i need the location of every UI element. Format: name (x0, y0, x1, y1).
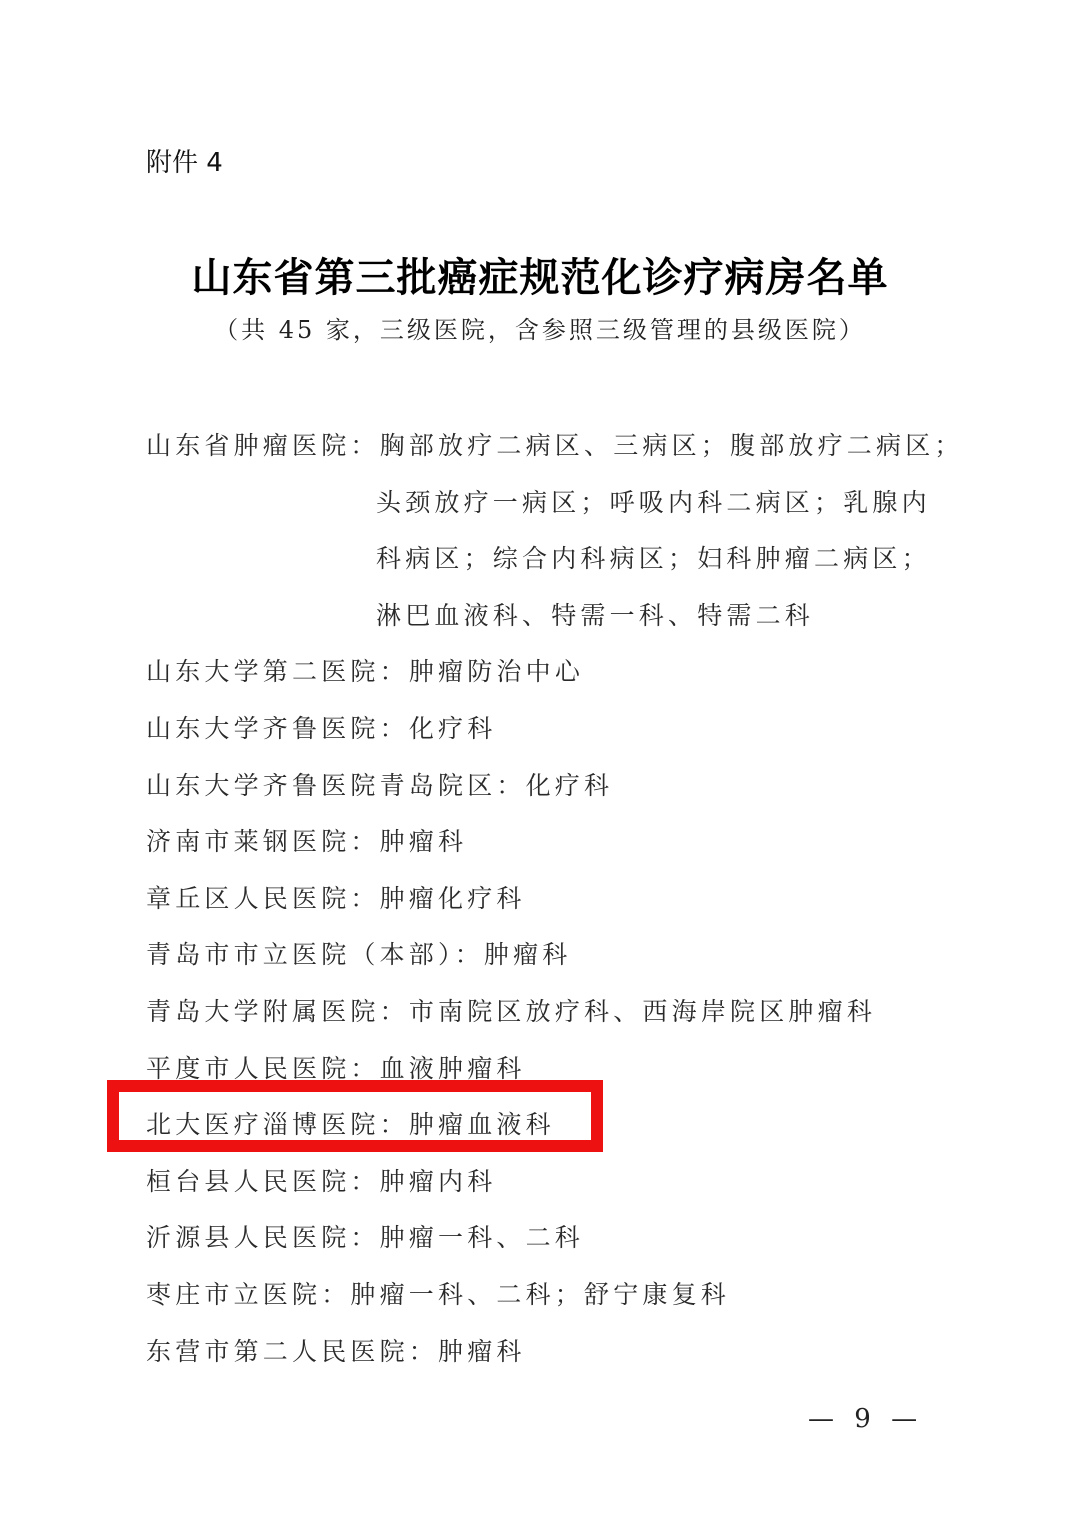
department-text: 肿瘤血液科 (409, 1110, 555, 1139)
document-title: 山东省第三批癌症规范化诊疗病房名单 (0, 246, 1080, 303)
hospital-name: 山东大学齐鲁医院青岛院区： (146, 771, 526, 800)
department-text: 淋巴血液科、特需一科、特需二科 (146, 588, 966, 645)
department-text: 肿瘤一科、二科 (380, 1223, 584, 1252)
list-item: 沂源县人民医院：肿瘤一科、二科 (146, 1210, 966, 1267)
department-text: 头颈放疗一病区；呼吸内科二病区；乳腺内 (146, 475, 966, 532)
hospital-name: 山东大学第二医院： (146, 657, 409, 686)
hospital-name: 济南市莱钢医院： (146, 827, 380, 856)
list-item: 山东省肿瘤医院：胸部放疗二病区、三病区；腹部放疗二病区； 头颈放疗一病区；呼吸内… (146, 418, 966, 644)
department-text: 肿瘤防治中心 (409, 657, 584, 686)
list-item: 青岛大学附属医院：市南院区放疗科、西海岸院区肿瘤科 (146, 984, 966, 1041)
hospital-name: 青岛大学附属医院： (146, 997, 409, 1026)
department-text: 肿瘤科 (438, 1337, 526, 1366)
hospital-name: 枣庄市立医院： (146, 1280, 350, 1309)
page-number: — 9 — (808, 1404, 923, 1434)
hospital-name: 山东省肿瘤医院： (146, 431, 380, 460)
hospital-name: 桓台县人民医院： (146, 1167, 380, 1196)
department-text: 肿瘤内科 (380, 1167, 497, 1196)
list-item: 济南市莱钢医院：肿瘤科 (146, 814, 966, 871)
list-item: 枣庄市立医院：肿瘤一科、二科；舒宁康复科 (146, 1267, 966, 1324)
department-text: 市南院区放疗科、西海岸院区肿瘤科 (409, 997, 876, 1026)
hospital-name: 北大医疗淄博医院： (146, 1110, 409, 1139)
department-text: 肿瘤化疗科 (380, 884, 526, 913)
list-item: 山东大学齐鲁医院青岛院区：化疗科 (146, 758, 966, 815)
hospital-name: 东营市第二人民医院： (146, 1337, 438, 1366)
department-text: 肿瘤科 (484, 940, 572, 969)
hospital-name: 山东大学齐鲁医院： (146, 714, 409, 743)
list-item: 平度市人民医院：血液肿瘤科 (146, 1041, 966, 1098)
list-item: 桓台县人民医院：肿瘤内科 (146, 1154, 966, 1211)
department-text: 化疗科 (526, 771, 614, 800)
hospital-name: 青岛市市立医院（本部）： (146, 940, 484, 969)
list-item: 东营市第二人民医院：肿瘤科 (146, 1324, 966, 1381)
department-text: 肿瘤科 (380, 827, 468, 856)
department-text: 科病区；综合内科病区；妇科肿瘤二病区； (146, 531, 966, 588)
attachment-label: 附件 4 (146, 142, 223, 179)
highlighted-list-item: 北大医疗淄博医院：肿瘤血液科 (146, 1097, 966, 1154)
hospital-name: 平度市人民医院： (146, 1054, 380, 1083)
department-text: 胸部放疗二病区、三病区；腹部放疗二病区； (380, 431, 964, 460)
department-text: 肿瘤一科、二科；舒宁康复科 (350, 1280, 730, 1309)
hospital-list: 山东省肿瘤医院：胸部放疗二病区、三病区；腹部放疗二病区； 头颈放疗一病区；呼吸内… (146, 418, 966, 1380)
list-item: 山东大学第二医院：肿瘤防治中心 (146, 644, 966, 701)
hospital-name: 沂源县人民医院： (146, 1223, 380, 1252)
list-item: 章丘区人民医院：肿瘤化疗科 (146, 871, 966, 928)
department-text: 化疗科 (409, 714, 497, 743)
department-text: 血液肿瘤科 (380, 1054, 526, 1083)
list-item: 青岛市市立医院（本部）：肿瘤科 (146, 927, 966, 984)
hospital-name: 章丘区人民医院： (146, 884, 380, 913)
list-item: 山东大学齐鲁医院：化疗科 (146, 701, 966, 758)
document-subtitle: （共 45 家，三级医院，含参照三级管理的县级医院） (0, 310, 1080, 345)
